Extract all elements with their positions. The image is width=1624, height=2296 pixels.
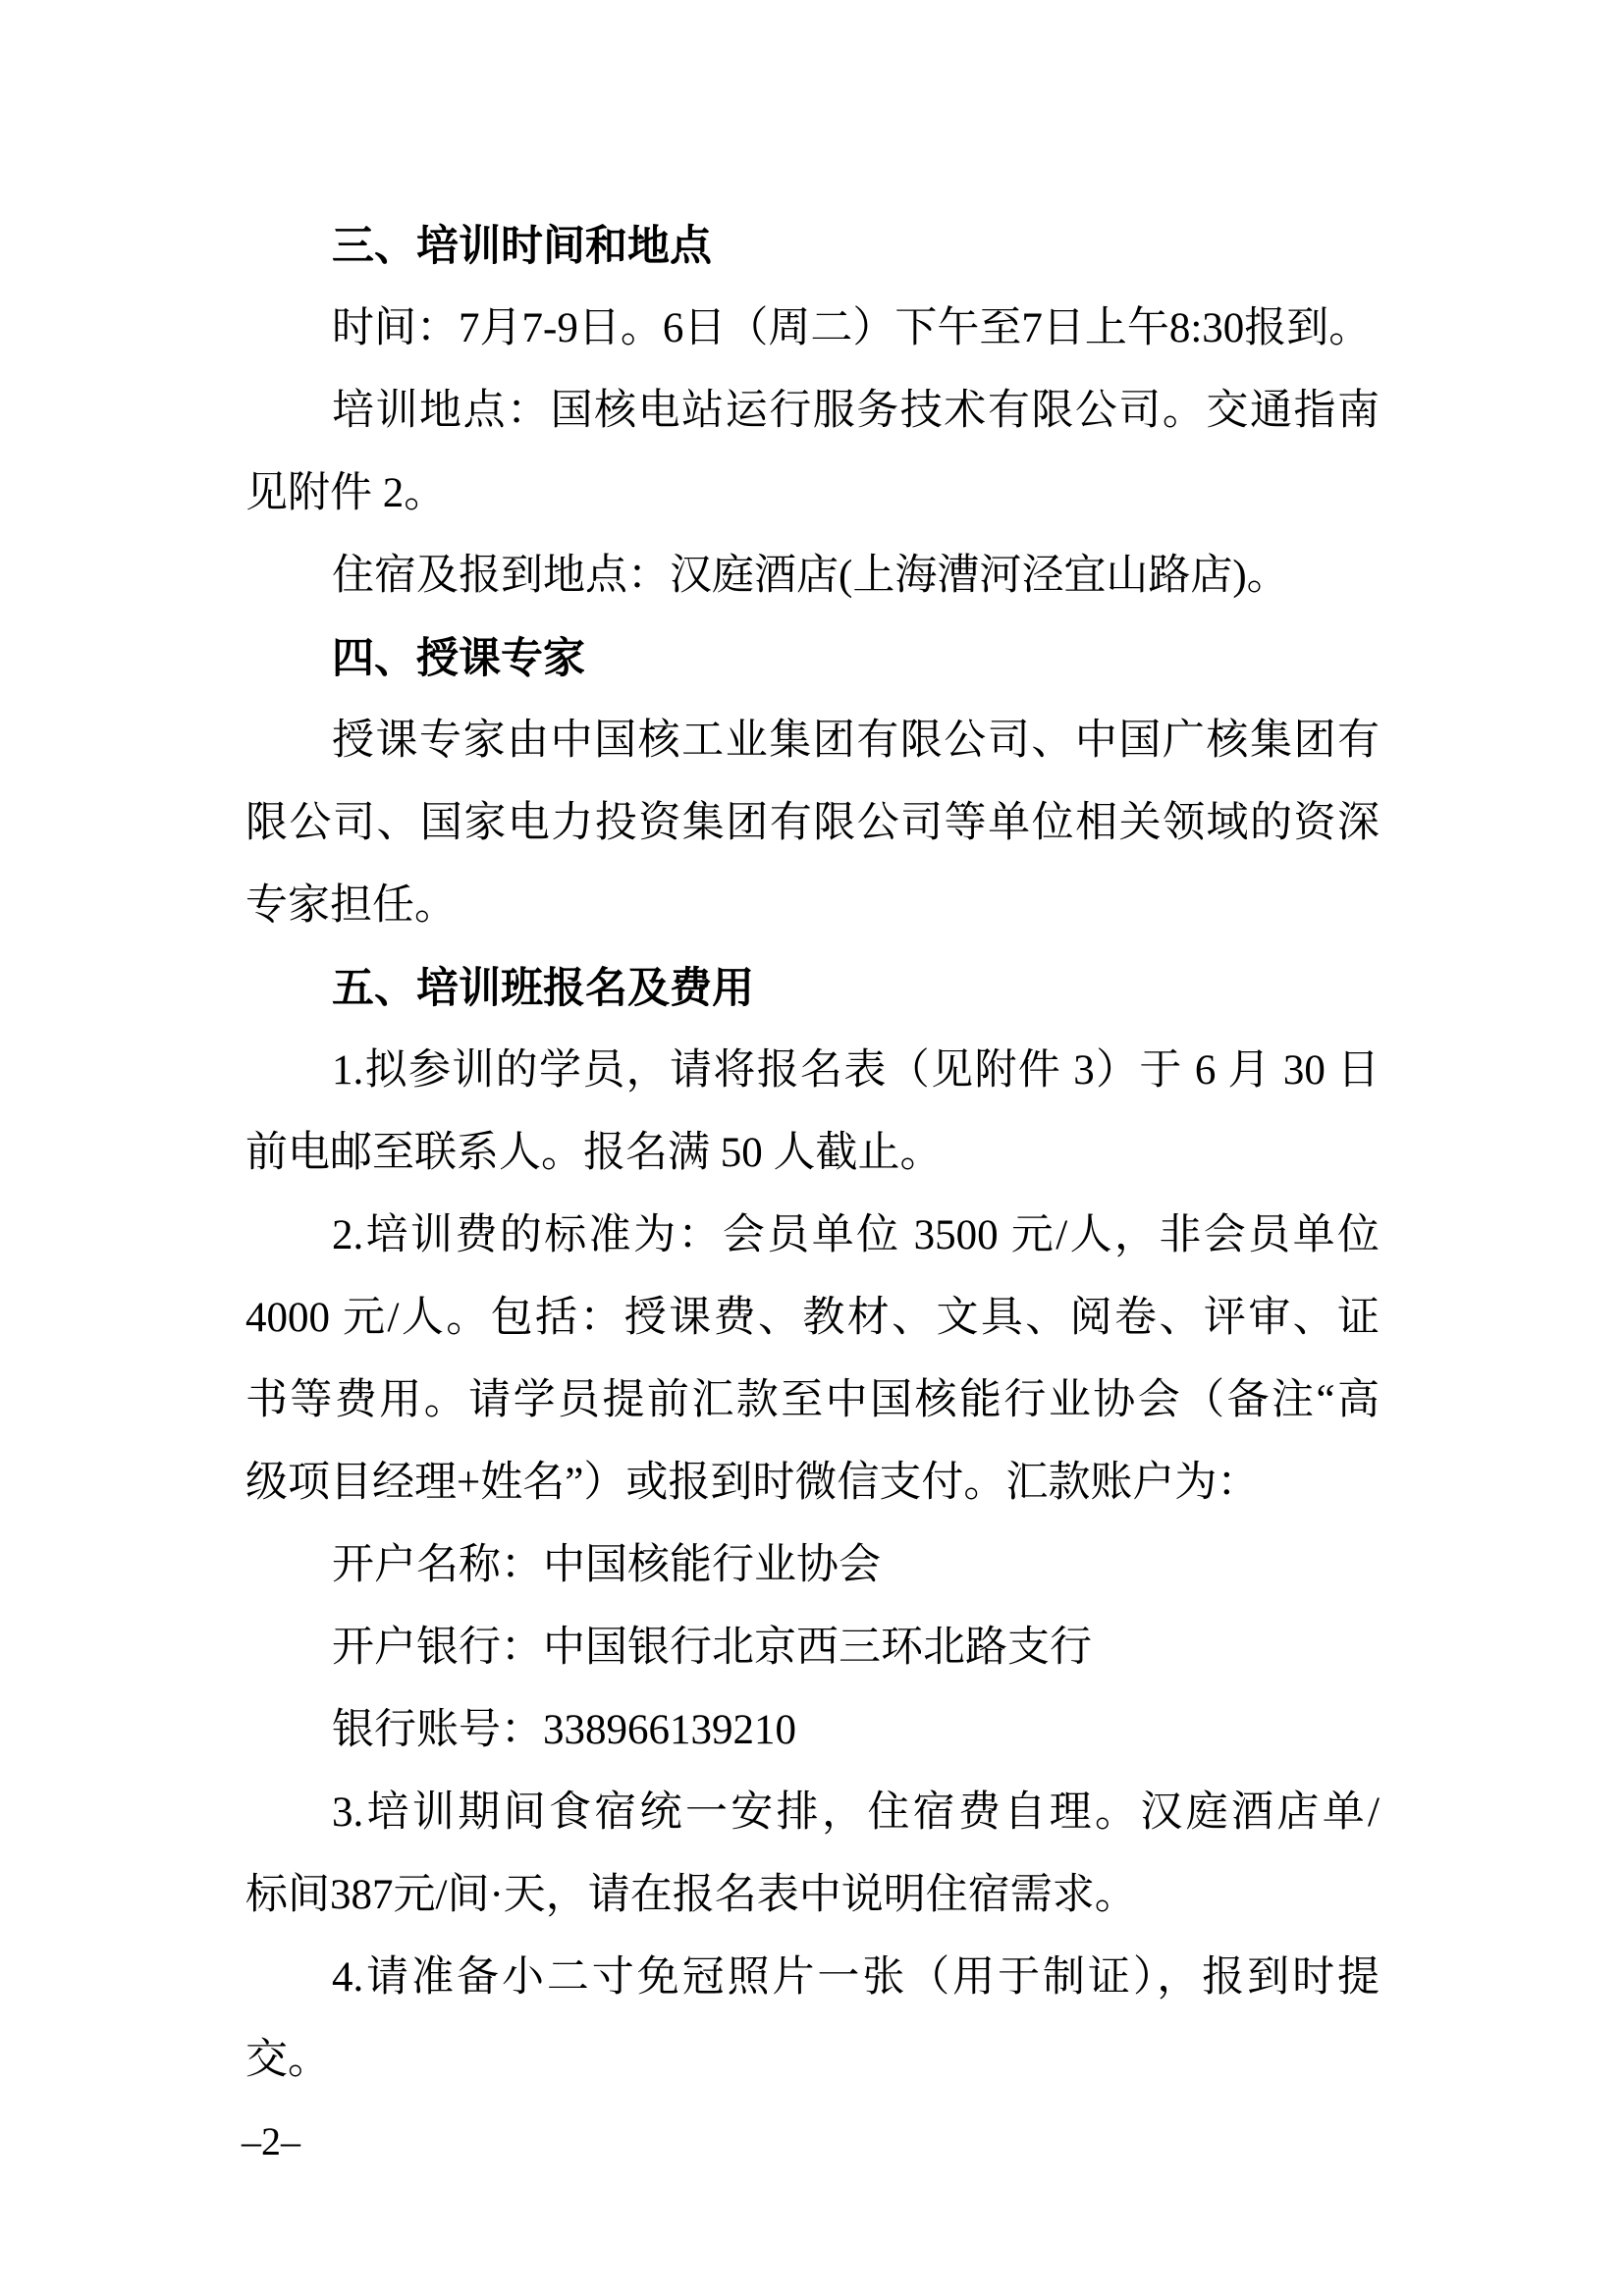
section-heading: 五、培训班报名及费用: [245, 947, 1380, 1030]
text-line: 3.培训期间食宿统一安排，住宿费自理。汉庭酒店单/: [245, 1772, 1380, 1854]
text-line: 银行账号：338966139210: [245, 1689, 1380, 1772]
text-line: 授课专家由中国核工业集团有限公司、中国广核集团有: [245, 700, 1380, 782]
text-line: 培训地点：国核电站运行服务技术有限公司。交通指南: [245, 370, 1380, 453]
text-line: 住宿及报到地点：汉庭酒店(上海漕河泾宜山路店)。: [245, 535, 1380, 617]
text-line: 级项目经理+姓名”）或报到时微信支付。汇款账户为：: [245, 1442, 1380, 1524]
document-page: 三、培训时间和地点时间：7月7-9日。6日（周二）下午至7日上午8:30报到。培…: [0, 0, 1624, 2296]
section-heading: 四、授课专家: [245, 617, 1380, 700]
document-body: 三、培训时间和地点时间：7月7-9日。6日（周二）下午至7日上午8:30报到。培…: [245, 205, 1380, 2102]
text-line: 限公司、国家电力投资集团有限公司等单位相关领域的资深: [245, 782, 1380, 865]
text-line: 开户名称：中国核能行业协会: [245, 1524, 1380, 1607]
text-line: 4000 元/人。包括：授课费、教材、文具、阅卷、评审、证: [245, 1277, 1380, 1360]
text-line: 开户银行：中国银行北京西三环北路支行: [245, 1607, 1380, 1689]
text-line: 前电邮至联系人。报名满 50 人截止。: [245, 1112, 1380, 1195]
text-line: 1.拟参训的学员，请将报名表（见附件 3）于 6 月 30 日: [245, 1030, 1380, 1112]
text-line: 见附件 2。: [245, 453, 1380, 535]
text-line: 2.培训费的标准为：会员单位 3500 元/人，非会员单位: [245, 1195, 1380, 1277]
page-number: –2–: [242, 2116, 300, 2167]
text-line: 时间：7月7-9日。6日（周二）下午至7日上午8:30报到。: [245, 288, 1380, 370]
text-line: 书等费用。请学员提前汇款至中国核能行业协会（备注“高: [245, 1360, 1380, 1442]
text-line: 4.请准备小二寸免冠照片一张（用于制证），报到时提: [245, 1937, 1380, 2019]
section-heading: 三、培训时间和地点: [245, 205, 1380, 288]
text-line: 交。: [245, 2019, 1380, 2102]
text-line: 标间387元/间·天，请在报名表中说明住宿需求。: [245, 1854, 1380, 1937]
text-line: 专家担任。: [245, 865, 1380, 947]
